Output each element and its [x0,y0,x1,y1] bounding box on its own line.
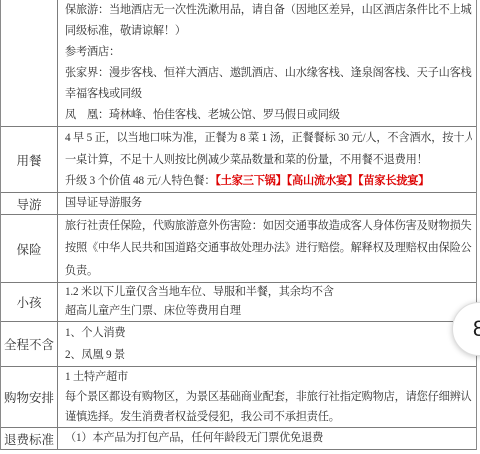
text-line: 保旅游：当地酒店无一次性洗漱用品，请自备（因地区差异，山区酒店条件比不上城市 [65,0,472,21]
text-line: 负责。 [65,260,472,282]
text-line: 1、个人消费 [65,322,472,344]
text-line: 同级标准，敬请谅解！） [65,21,472,42]
text-line: 按照《中华人民共和国道路交通事故处理办法》进行赔偿。解释权及理赔权由保险公司 [65,237,472,259]
text-line: 国导证导游服务 [65,193,472,214]
page-number: 8 [473,316,480,342]
row-content-meals: 4 早 5 正，以当地口味为准，正餐为 8 菜 1 汤，正餐餐标 30 元/人，… [58,127,476,192]
upgrade-meals-prefix: 升级 3 个价值 48 元/人特色餐： [65,175,215,187]
text-line: 张家界：漫步客栈、恒祥大酒店、遨凯酒店、山水缘客栈、逢泉阁客栈、天子山客栈、 [65,63,472,84]
row-content-children: 1.2 米以下儿童仅含当地车位、导服和半餐，其余均不含 超高儿童产生门票、床位等… [58,283,476,321]
text-line: 参考酒店： [65,42,472,63]
table-row-meals: 用餐 4 早 5 正，以当地口味为准，正餐为 8 菜 1 汤，正餐餐标 30 元… [1,127,476,193]
text-line: 一桌计算，不足十人则按比例减少菜品数量和菜的份量，不用餐不退费用！ [65,149,472,171]
text-line: 超高儿童产生门票、床位等费用自理 [65,302,472,321]
table-row-children: 小孩 1.2 米以下儿童仅含当地车位、导服和半餐，其余均不含 超高儿童产生门票、… [1,283,476,322]
text-line: 1.2 米以下儿童仅含当地车位、导服和半餐，其余均不含 [65,283,472,302]
row-label-not-included: 全程不含 [1,322,58,366]
table-row-not-included: 全程不含 1、个人消费 2、凤凰 9 景 [1,322,476,367]
text-line: 谨慎选择。发生消费者权益受侵犯，我公司不承担责任。 [65,407,472,427]
special-meals-highlight: 【土家三下锅】【高山流水宴】【苗家长拢宴】 [215,175,429,187]
row-content-accommodation: 保旅游：当地酒店无一次性洗漱用品，请自备（因地区差异，山区酒店条件比不上城市 同… [58,0,476,126]
row-content-refund: （1）本产品为打包产品，任何年龄段无门票优免退费 [58,428,476,449]
text-line: 幸福客栈或同级 [65,84,472,105]
text-line: 每个景区都设有购物区，为景区基础商业配套，非旅行社指定购物店，请您仔细辨认， [65,387,472,407]
row-label-children: 小孩 [1,283,58,321]
table-row-shopping: 购物安排 1 土特产超市 每个景区都设有购物区，为景区基础商业配套，非旅行社指定… [1,367,476,428]
row-content-not-included: 1、个人消费 2、凤凰 9 景 [58,322,476,366]
row-label-meals: 用餐 [1,127,58,192]
row-label-shopping: 购物安排 [1,367,58,427]
row-label-accommodation [1,0,58,126]
table-row-guide: 导游 国导证导游服务 [1,193,476,215]
text-line: 旅行社责任保险，代购旅游意外伤害险：如因交通事故造成客人身体伤害及财物损失， [65,215,472,237]
row-content-shopping: 1 土特产超市 每个景区都设有购物区，为景区基础商业配套，非旅行社指定购物店，请… [58,367,476,427]
text-line: 1 土特产超市 [65,367,472,387]
text-line: 4 早 5 正，以当地口味为准，正餐为 8 菜 1 汤，正餐餐标 30 元/人，… [65,127,472,149]
text-line-upgrade-meals: 升级 3 个价值 48 元/人特色餐：【土家三下锅】【高山流水宴】【苗家长拢宴】 [65,170,472,192]
text-line: 凤 凰：琦林峰、怡佳客栈、老城公馆、罗马假日或同级 [65,105,472,126]
itinerary-details-table: 保旅游：当地酒店无一次性洗漱用品，请自备（因地区差异，山区酒店条件比不上城市 同… [0,0,477,450]
table-row-accommodation: 保旅游：当地酒店无一次性洗漱用品，请自备（因地区差异，山区酒店条件比不上城市 同… [1,0,476,127]
row-label-guide: 导游 [1,193,58,214]
row-content-guide: 国导证导游服务 [58,193,476,214]
table-row-insurance: 保险 旅行社责任保险，代购旅游意外伤害险：如因交通事故造成客人身体伤害及财物损失… [1,215,476,283]
row-content-insurance: 旅行社责任保险，代购旅游意外伤害险：如因交通事故造成客人身体伤害及财物损失， 按… [58,215,476,282]
text-line: （1）本产品为打包产品，任何年龄段无门票优免退费 [65,428,472,449]
row-label-refund: 退费标准 [1,428,58,449]
table-row-refund: 退费标准 （1）本产品为打包产品，任何年龄段无门票优免退费 [1,428,476,450]
text-line: 2、凤凰 9 景 [65,344,472,366]
row-label-insurance: 保险 [1,215,58,282]
